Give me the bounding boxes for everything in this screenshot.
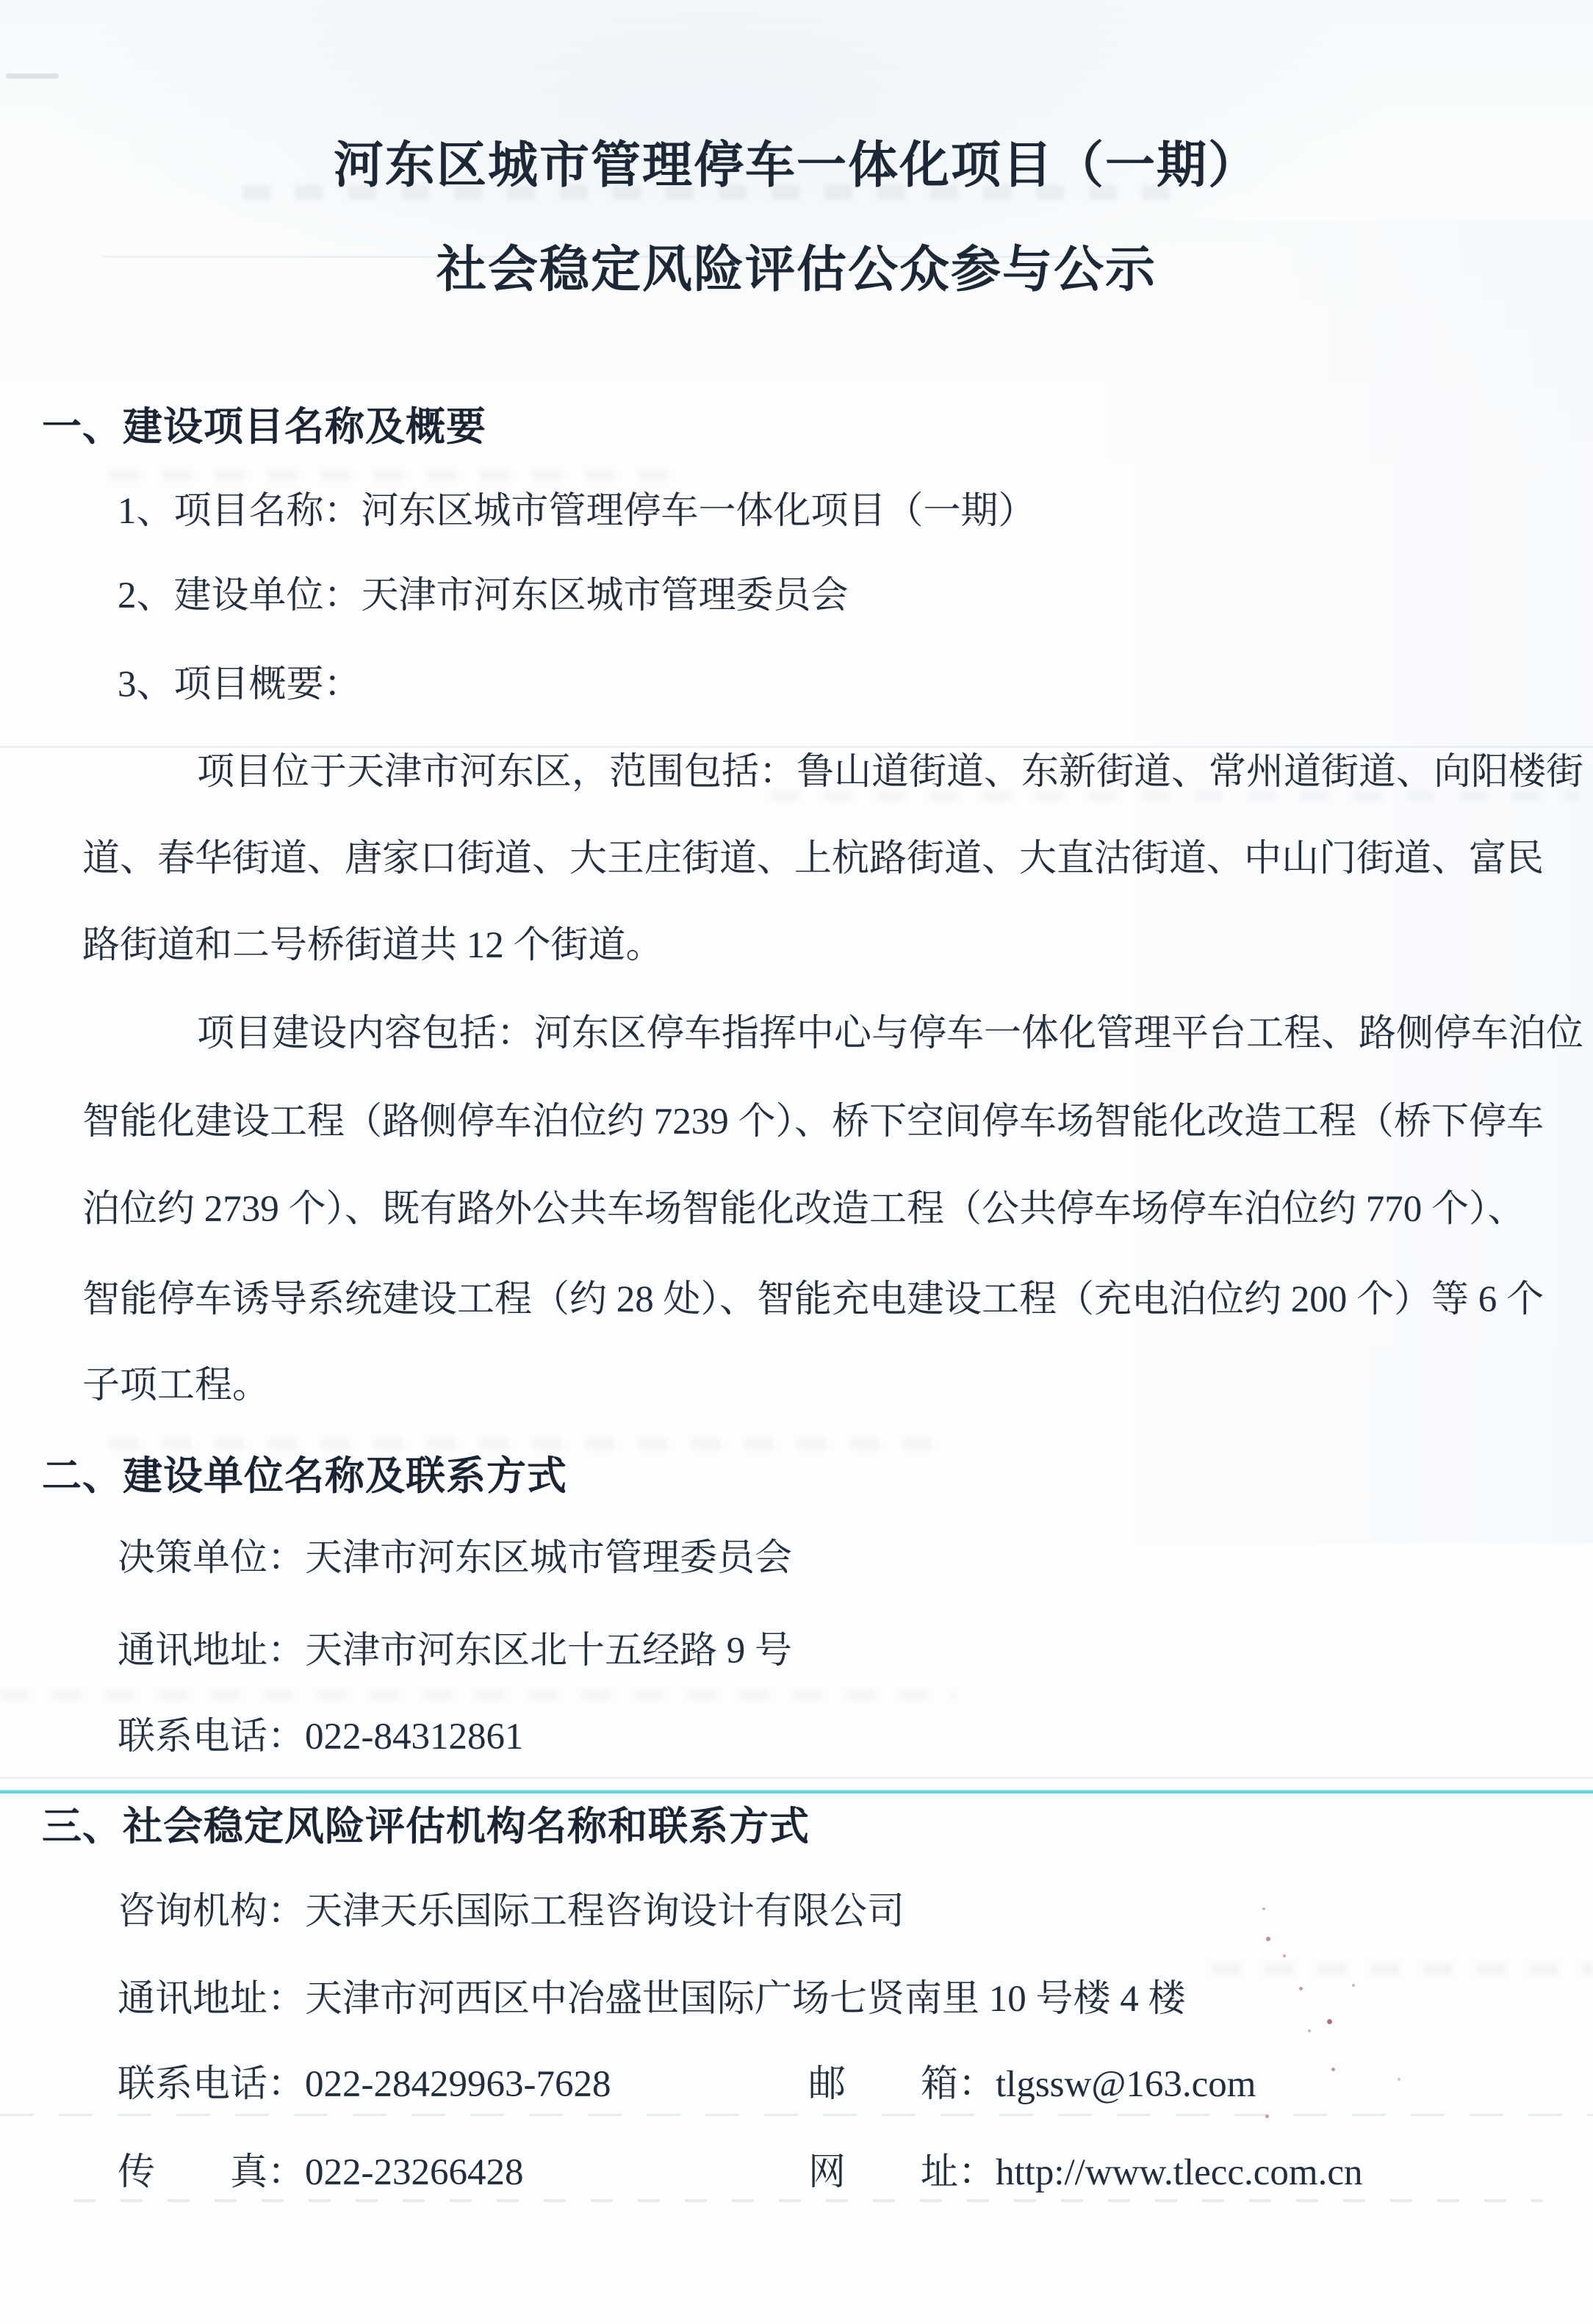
section1-item-owner: 2、建设单位：天津市河东区城市管理委员会 bbox=[118, 575, 849, 618]
bleed-through-band bbox=[110, 1439, 955, 1449]
section3-phone: 联系电话：022-28429963-7628 bbox=[118, 2063, 611, 2107]
para1-line3: 路街道和二号桥街道共 12 个街道。 bbox=[82, 924, 664, 968]
bleed-through-band bbox=[110, 470, 669, 481]
red-speck bbox=[1308, 2029, 1311, 2032]
section1-item-summary-label: 3、项目概要： bbox=[118, 663, 362, 707]
red-speck bbox=[1283, 1954, 1286, 1957]
document-title-line2: 社会稳定风险评估公众参与公示 bbox=[0, 239, 1593, 301]
bleed-through-band bbox=[1212, 1963, 1593, 1975]
scan-mark-top-left bbox=[6, 73, 59, 79]
section2-address: 通讯地址：天津市河东区北十五经路 9 号 bbox=[118, 1630, 792, 1673]
scan-streak bbox=[0, 1777, 1593, 1779]
para2-line4: 智能停车诱导系统建设工程（约 28 处）、智能充电建设工程（充电泊位约 200 … bbox=[82, 1278, 1544, 1322]
document-title-line1: 河东区城市管理停车一体化项目（一期） bbox=[0, 134, 1593, 197]
section3-fax: 传 真：022-23266428 bbox=[118, 2151, 523, 2195]
section2-phone: 联系电话：022-84312861 bbox=[118, 1716, 523, 1759]
para2-line2: 智能化建设工程（路侧停车泊位约 7239 个）、桥下空间停车场智能化改造工程（桥… bbox=[82, 1101, 1544, 1144]
red-speck bbox=[1398, 2078, 1400, 2081]
red-speck bbox=[1299, 1987, 1303, 1990]
red-speck bbox=[1262, 1907, 1265, 1910]
para2-line1: 项目建设内容包括：河东区停车指挥中心与停车一体化管理平台工程、路侧停车泊位 bbox=[197, 1012, 1583, 1056]
section3-address: 通讯地址：天津市河西区中冶盛世国际广场七贤南里 10 号楼 4 楼 bbox=[118, 1978, 1186, 2021]
section3-website: 网 址：http://www.tlecc.com.cn bbox=[808, 2151, 1362, 2195]
para1-line1: 项目位于天津市河东区，范围包括：鲁山道街道、东新街道、常州道街道、向阳楼街 bbox=[197, 751, 1583, 794]
red-speck bbox=[1352, 1984, 1355, 1987]
section1-item-project-name: 1、项目名称：河东区城市管理停车一体化项目（一期） bbox=[118, 490, 1036, 533]
scanned-notice-page: 河东区城市管理停车一体化项目（一期） 社会稳定风险评估公众参与公示 一、建设项目… bbox=[0, 0, 1593, 2324]
para2-line5: 子项工程。 bbox=[82, 1364, 270, 1408]
scan-divider-line bbox=[0, 1790, 1593, 1794]
section2-decision-unit: 决策单位：天津市河东区城市管理委员会 bbox=[118, 1537, 792, 1580]
section3-consultant: 咨询机构：天津天乐国际工程咨询设计有限公司 bbox=[118, 1891, 905, 1934]
section3-email: 邮 箱：tlgssw@163.com bbox=[808, 2063, 1256, 2107]
bleed-through-band bbox=[0, 1690, 955, 1700]
scan-streak bbox=[0, 746, 1593, 748]
red-speck bbox=[1266, 1937, 1270, 1941]
para1-line2: 道、春华街道、唐家口街道、大王庄街道、上杭路街道、大直沽街道、中山门街道、富民 bbox=[82, 838, 1544, 881]
scan-haze-right bbox=[1102, 220, 1593, 1543]
red-speck bbox=[1327, 2019, 1332, 2024]
scan-streak bbox=[0, 2114, 1593, 2116]
section2-heading: 二、建设单位名称及联系方式 bbox=[42, 1453, 567, 1499]
scan-streak bbox=[73, 2199, 1543, 2202]
red-speck bbox=[1265, 2115, 1269, 2118]
section3-heading: 三、社会稳定风险评估机构名称和联系方式 bbox=[42, 1804, 810, 1849]
red-speck bbox=[1331, 2068, 1335, 2071]
section1-heading: 一、建设项目名称及概要 bbox=[42, 404, 486, 450]
para2-line3: 泊位约 2739 个）、既有路外公共车场智能化改造工程（公共停车场停车泊位约 7… bbox=[82, 1188, 1525, 1231]
